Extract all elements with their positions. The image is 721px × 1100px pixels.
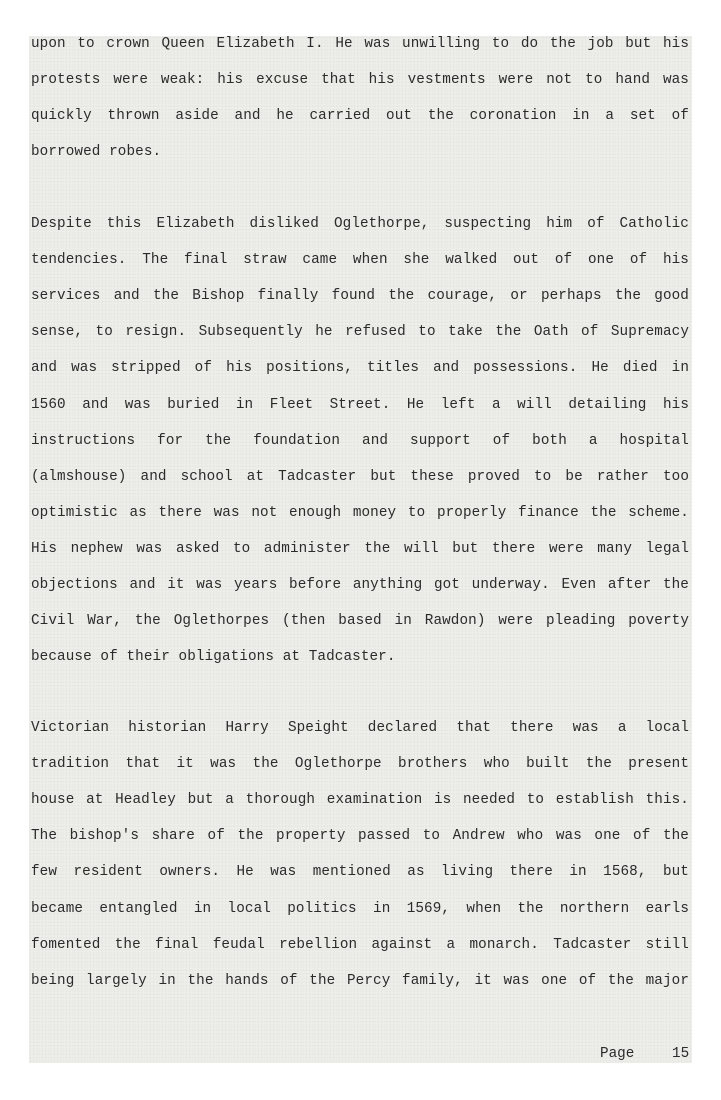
text-line: tradition that it was the Oglethorpe bro… — [31, 755, 689, 773]
text-line: Civil War, the Oglethorpes (then based i… — [31, 612, 689, 630]
text-line: His nephew was asked to administer the w… — [31, 540, 689, 558]
document-page: upon to crown Queen Elizabeth I. He was … — [29, 36, 692, 1063]
text-line: Despite this Elizabeth disliked Oglethor… — [31, 215, 689, 233]
text-line: objections and it was years before anyth… — [31, 576, 689, 594]
text-line: fomented the final feudal rebellion agai… — [31, 936, 689, 954]
text-line: because of their obligations at Tadcaste… — [31, 648, 689, 666]
text-line: protests were weak: his excuse that his … — [31, 71, 689, 89]
text-line: house at Headley but a thorough examinat… — [31, 791, 689, 809]
text-line: optimistic as there was not enough money… — [31, 504, 689, 522]
text-line: quickly thrown aside and he carried out … — [31, 107, 689, 125]
text-line: sense, to resign. Subsequently he refuse… — [31, 323, 689, 341]
text-line: The bishop's share of the property passe… — [31, 827, 689, 845]
text-line: 1560 and was buried in Fleet Street. He … — [31, 396, 689, 414]
text-line: tendencies. The final straw came when sh… — [31, 251, 689, 269]
text-line: being largely in the hands of the Percy … — [31, 972, 689, 990]
text-line: and was stripped of his positions, title… — [31, 359, 689, 377]
text-line: borrowed robes. — [31, 143, 689, 161]
text-line: (almshouse) and school at Tadcaster but … — [31, 468, 689, 486]
text-line: became entangled in local politics in 15… — [31, 900, 689, 918]
text-line: few resident owners. He was mentioned as… — [31, 863, 689, 881]
page-number: 15 — [672, 1045, 689, 1063]
text-line: services and the Bishop finally found th… — [31, 287, 689, 305]
page-label: Page — [600, 1045, 634, 1063]
text-line: Victorian historian Harry Speight declar… — [31, 719, 689, 737]
text-line: instructions for the foundation and supp… — [31, 432, 689, 450]
text-line: upon to crown Queen Elizabeth I. He was … — [31, 35, 689, 53]
